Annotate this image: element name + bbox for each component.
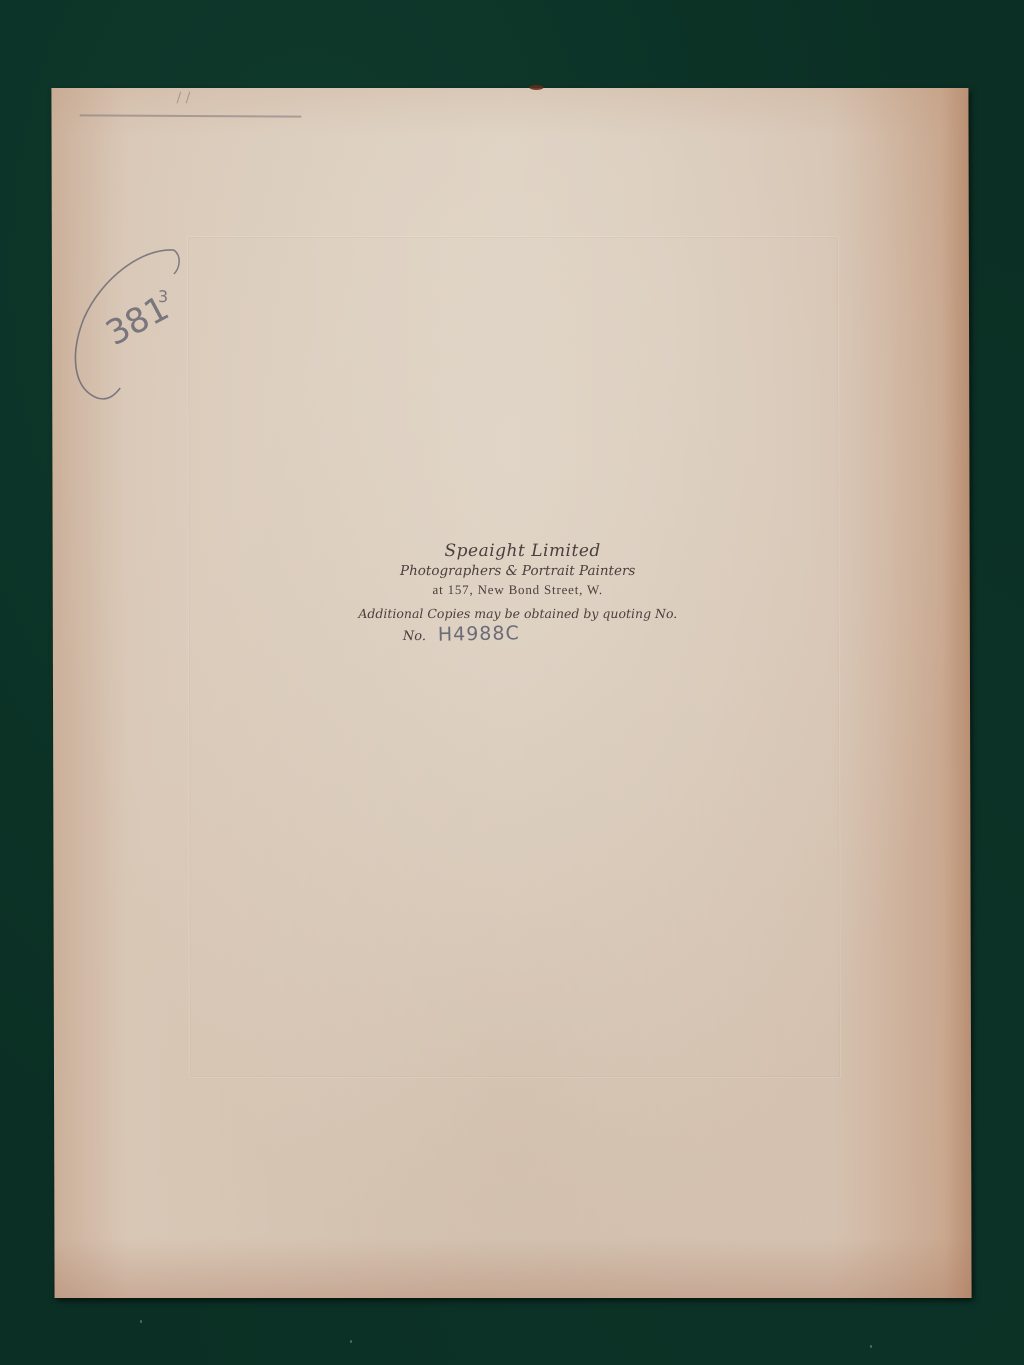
circled-pencil-number: 381 3 (62, 238, 192, 408)
number-prefix: No. (403, 629, 426, 644)
svg-text:3: 3 (158, 287, 168, 306)
pencil-circle-icon: 381 3 (62, 238, 192, 408)
pin-hole (529, 85, 543, 90)
studio-name: Speaight Limited (308, 541, 738, 561)
felt-speck (870, 1345, 872, 1348)
felt-speck (140, 1320, 142, 1323)
negative-number-line: No. H4988C (298, 623, 738, 645)
copies-note: Additional Copies may be obtained by quo… (298, 606, 738, 621)
plate-mark-impression (187, 236, 841, 1078)
negative-number: H4988C (438, 622, 520, 645)
pencil-marks: / / (176, 90, 216, 108)
photo-mount-card-back: / / 381 3 Speaight Limited Photographers… (51, 88, 971, 1298)
pencil-line (79, 114, 301, 117)
studio-address: at 157, New Bond Street, W. (298, 582, 738, 598)
studio-stamp: Speaight Limited Photographers & Portrai… (298, 541, 738, 645)
studio-trade: Photographers & Portrait Painters (298, 563, 738, 579)
felt-speck (350, 1340, 352, 1343)
